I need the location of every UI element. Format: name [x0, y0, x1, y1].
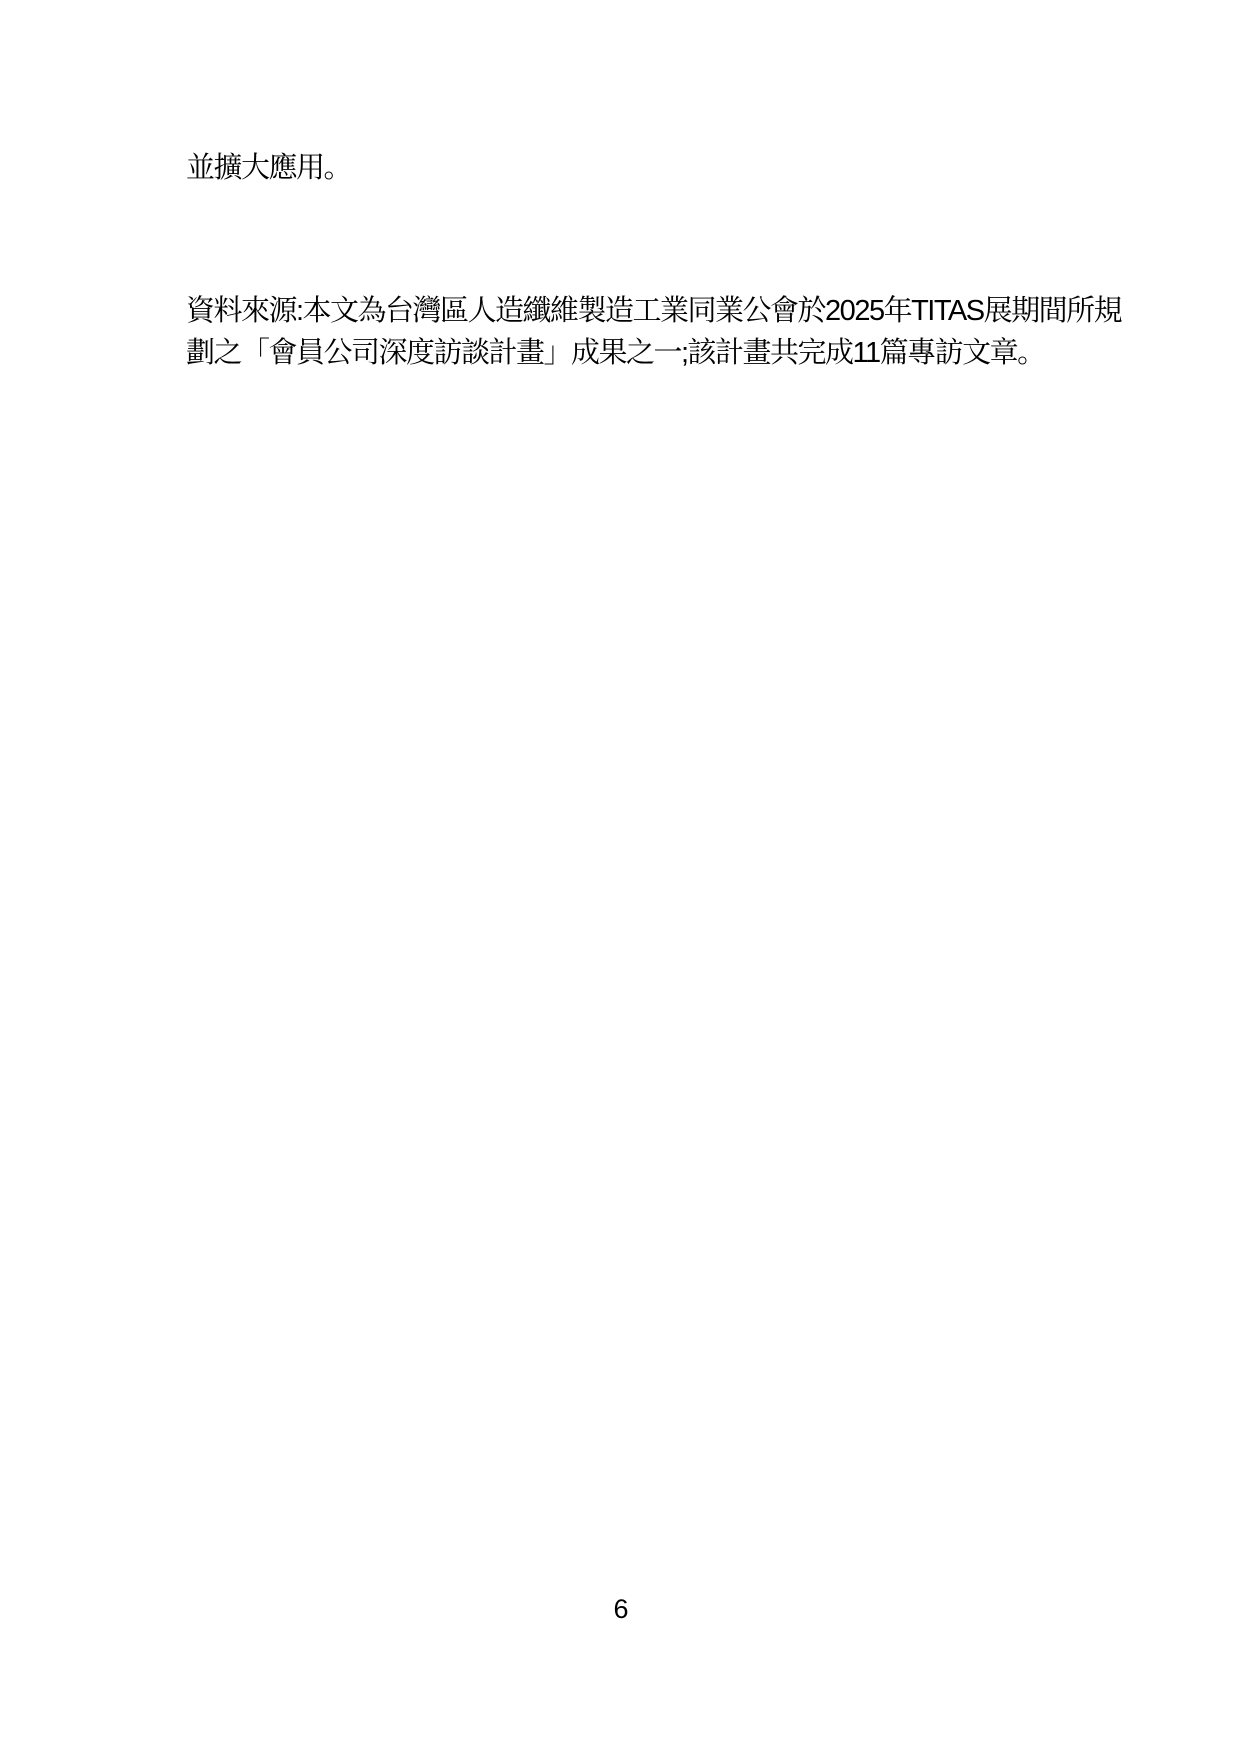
- document-page: 並擴大應用。 資料來源:本文為台灣區人造纖維製造工業同業公會於2025年TITA…: [0, 0, 1242, 1755]
- paragraph-tail-text: 並擴大應用。: [186, 147, 351, 189]
- source-note-line-2: 劃之「會員公司深度訪談計畫」成果之一;該計畫共完成11篇專訪文章。: [186, 332, 1121, 374]
- page-number: 6: [0, 1592, 1242, 1626]
- source-note: 資料來源:本文為台灣區人造纖維製造工業同業公會於2025年TITAS展期間所規 …: [186, 290, 1121, 374]
- source-note-line-1: 資料來源:本文為台灣區人造纖維製造工業同業公會於2025年TITAS展期間所規: [186, 290, 1121, 332]
